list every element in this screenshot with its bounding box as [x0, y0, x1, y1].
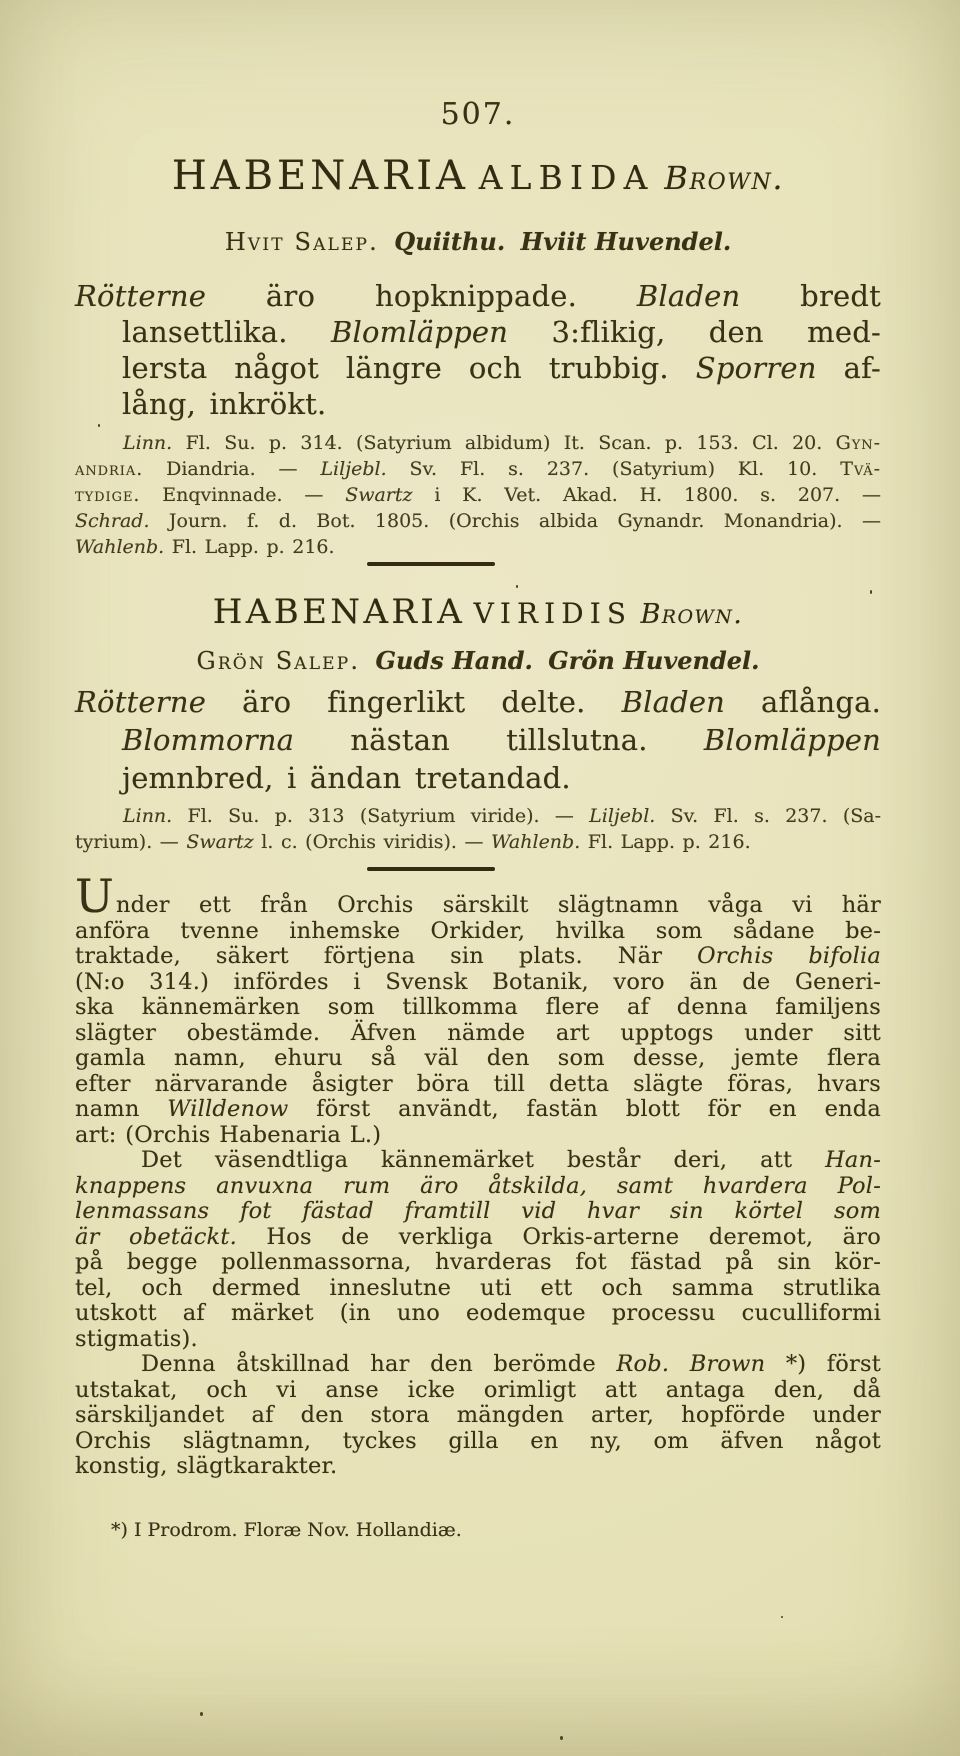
text-segment: Blomläppen [331, 315, 508, 349]
text-segment: slägter obestämde. Äfven nämde art uppto… [75, 1020, 881, 1046]
text-segment: Swartz [345, 484, 412, 506]
text-segment: 3:flikig, den med- [508, 315, 881, 349]
section-divider [367, 867, 495, 871]
article-paragraph: Under ett från Orchis särskilt slägtnamn… [75, 893, 881, 1148]
ink-speck [516, 585, 518, 588]
text-segment: HABENARIA [172, 153, 469, 199]
text-segment: HABENARIA [213, 592, 466, 632]
text-segment: *) först [765, 1351, 881, 1377]
ink-speck [781, 1616, 783, 1618]
text-segment: Brown. [664, 159, 784, 197]
text-segment: (N:o 314.) infördes i Svensk Botanik, vo… [75, 969, 881, 995]
text-segment: Rötterne [75, 685, 206, 719]
text-line: Blommorna nästan tillslutna. Blomläppen [75, 721, 881, 759]
text-line: Rötterne äro hopknippade. Bladen bredt [75, 278, 881, 314]
text-line: konstig, slägtkarakter. [75, 1454, 881, 1480]
page-number: 507. [75, 96, 881, 134]
text-segment: knappens anvuxna rum äro åtskilda, samt … [75, 1173, 881, 1199]
text-segment: lenmassans fot fästad framtill vid hvar … [75, 1198, 881, 1224]
text-segment: Quiithu. [394, 227, 505, 256]
text-segment: Liljebl. [589, 805, 655, 827]
text-segment: tydige. [75, 484, 140, 506]
text-line: lansettlika. Blomläppen 3:flikig, den me… [75, 314, 881, 350]
text-segment: Bladen [622, 685, 725, 719]
text-line: lång, inkrökt. [75, 386, 881, 422]
text-segment: är obetäckt. [75, 1224, 237, 1250]
common-names-viridis: Grön Salep.Guds Hand.Grön Huvendel. [75, 645, 881, 677]
text-segment: Wahlenb. [491, 831, 580, 853]
text-segment: Orchis slägtnamn, tyckes gilla en ny, om… [75, 1428, 881, 1454]
text-segment: Orchis bifolia [697, 943, 881, 969]
text-segment: jemnbred, i ändan tretandad. [122, 761, 571, 795]
text-segment: Bladen [637, 279, 740, 313]
text-line: efter närvarande åsigter böra till detta… [75, 1072, 881, 1098]
text-segment: Diandria. — [143, 458, 320, 480]
text-segment: namn [75, 1096, 167, 1122]
text-line: tel, och dermed inneslutne uti ett och s… [75, 1276, 881, 1302]
text-segment: Det väsendtliga kännemärket består deri,… [141, 1147, 825, 1173]
text-segment: Blommorna [122, 723, 294, 757]
text-segment: Hviit Huvendel. [521, 227, 732, 256]
text-segment: konstig, slägtkarakter. [75, 1453, 337, 1479]
text-segment: Willdenow [167, 1096, 288, 1122]
text-line: art: (Orchis Habenaria L.) [75, 1123, 881, 1149]
text-segment: gamla namn, ehuru så väl den som desse, … [75, 1045, 881, 1071]
text-line: Det väsendtliga kännemärket består deri,… [75, 1148, 881, 1174]
article-body: Under ett från Orchis särskilt slägtnamn… [75, 893, 881, 1480]
common-names-albida: Hvit Salep.Quiithu.Hviit Huvendel. [75, 226, 881, 258]
text-segment: Linn. [123, 805, 172, 827]
text-segment: utstakat, och vi anse icke orimligt att … [75, 1377, 881, 1403]
book-page: 507. HABENARIAALBIDABrown. Hvit Salep.Qu… [0, 0, 960, 1756]
text-segment: art: (Orchis Habenaria L.) [75, 1122, 381, 1148]
text-segment: äro fingerlikt delte. [206, 685, 622, 719]
text-line: utskott af märket (in uno eodemque proce… [75, 1301, 881, 1327]
text-segment: stigmatis). [75, 1326, 198, 1352]
text-segment: bredt [740, 279, 881, 313]
text-segment: lersta något längre och trubbig. [122, 351, 696, 385]
article-paragraph: Denna åtskillnad har den berömde Rob. Br… [75, 1352, 881, 1480]
text-line: utstakat, och vi anse icke orimligt att … [75, 1378, 881, 1404]
text-segment: Han- [825, 1147, 881, 1173]
text-segment: andria. [75, 458, 143, 480]
text-segment: Rötterne [75, 279, 206, 313]
text-line: Linn. Fl. Su. p. 313 (Satyrium viride). … [75, 803, 881, 829]
text-segment: Fl. Lapp. p. 216. [164, 536, 334, 558]
citation-viridis: Linn. Fl. Su. p. 313 (Satyrium viride). … [75, 803, 881, 855]
text-segment: Sv. Fl. s. 237. (Sa- [655, 805, 881, 827]
text-line: (N:o 314.) infördes i Svensk Botanik, vo… [75, 970, 881, 996]
text-line: namn Willdenow först användt, fastän blo… [75, 1097, 881, 1123]
text-line: andria. Diandria. — Liljebl. Sv. Fl. s. … [75, 456, 881, 482]
text-segment: Fl. Lapp. p. 216. [580, 831, 750, 853]
text-segment: Hos de verkliga Orkis-arterne deremot, ä… [237, 1224, 881, 1250]
text-segment: Fl. Su. p. 314. (Satyrium albidum) It. S… [172, 432, 835, 454]
text-segment: äro hopknippade. [206, 279, 637, 313]
text-line: traktade, säkert förtjena sin plats. När… [75, 944, 881, 970]
text-line: Schrad. Journ. f. d. Bot. 1805. (Orchis … [75, 508, 881, 534]
drop-cap: U [75, 869, 114, 923]
text-segment: Rob. Brown [616, 1351, 765, 1377]
text-segment: Gyn- [836, 432, 881, 454]
text-line: Orchis slägtnamn, tyckes gilla en ny, om… [75, 1429, 881, 1455]
text-line: är obetäckt. Hos de verkliga Orkis-arter… [75, 1225, 881, 1251]
text-segment: ALBIDA [479, 159, 655, 197]
text-segment: Journ. f. d. Bot. 1805. (Orchis albida G… [150, 510, 881, 532]
text-line: stigmatis). [75, 1327, 881, 1353]
text-segment: nder ett från Orchis särskilt slägtnamn … [116, 892, 881, 918]
text-segment: VIRIDIS [474, 597, 633, 630]
text-line: slägter obestämde. Äfven nämde art uppto… [75, 1021, 881, 1047]
text-line: på begge pollenmassorna, hvarderas fot f… [75, 1250, 881, 1276]
text-block: 507. HABENARIAALBIDABrown. Hvit Salep.Qu… [75, 0, 881, 1542]
footnote: *) I Prodrom. Floræ Nov. Hollandiæ. [75, 1518, 881, 1542]
text-line: knappens anvuxna rum äro åtskilda, samt … [75, 1174, 881, 1200]
text-line: tyrium). — Swartz l. c. (Orchis viridis)… [75, 829, 881, 855]
text-segment: Grön Huvendel. [548, 646, 759, 675]
text-segment: först användt, fastän blott för en enda [288, 1096, 881, 1122]
species-heading-albida: HABENARIAALBIDABrown. [75, 150, 881, 204]
text-line: jemnbred, i ändan tretandad. [75, 759, 881, 797]
text-segment: Sporren [696, 351, 817, 385]
text-segment: Schrad. [75, 510, 150, 532]
article-paragraph: Det väsendtliga kännemärket består deri,… [75, 1148, 881, 1352]
text-segment: särskiljandet af den stora mängden arter… [75, 1402, 881, 1428]
text-segment: traktade, säkert förtjena sin plats. När [75, 943, 697, 969]
text-segment: efter närvarande åsigter böra till detta… [75, 1071, 881, 1097]
ink-speck [200, 1712, 203, 1716]
text-segment: aflånga. [725, 685, 881, 719]
text-line: ska kännemärken som tillkomma flere af d… [75, 995, 881, 1021]
description-viridis: Rötterne äro fingerlikt delte. Bladen af… [75, 683, 881, 797]
text-line: gamla namn, ehuru så väl den som desse, … [75, 1046, 881, 1072]
ink-speck [98, 424, 100, 427]
text-segment: Linn. [123, 432, 172, 454]
text-segment: på begge pollenmassorna, hvarderas fot f… [75, 1249, 881, 1275]
text-segment: lansettlika. [122, 315, 331, 349]
text-line: Rötterne äro fingerlikt delte. Bladen af… [75, 683, 881, 721]
text-segment: Grön Salep. [196, 647, 360, 675]
text-segment: tel, och dermed inneslutne uti ett och s… [75, 1275, 881, 1301]
text-line: lenmassans fot fästad framtill vid hvar … [75, 1199, 881, 1225]
text-line: Under ett från Orchis särskilt slägtnamn… [75, 893, 881, 919]
text-line: tydige. Enqvinnade. — Swartz i K. Vet. A… [75, 482, 881, 508]
text-segment: nästan tillslutna. [294, 723, 704, 757]
text-segment: l. c. (Orchis viridis). — [254, 831, 491, 853]
section-divider [367, 562, 495, 566]
text-line: Wahlenb. Fl. Lapp. p. 216. [75, 534, 881, 560]
text-segment: Blomläppen [704, 723, 881, 757]
text-segment: lång, inkrökt. [122, 387, 326, 421]
text-segment: Guds Hand. [376, 646, 533, 675]
text-segment: Tvä- [840, 458, 881, 480]
text-segment: Enqvinnade. — [140, 484, 345, 506]
text-segment: af- [817, 351, 881, 385]
text-segment: i K. Vet. Akad. H. 1800. s. 207. — [413, 484, 881, 506]
text-line: Denna åtskillnad har den berömde Rob. Br… [75, 1352, 881, 1378]
text-segment: Wahlenb. [75, 536, 164, 558]
text-segment: anföra tvenne inhemske Orkider, hvilka s… [75, 918, 881, 944]
citation-albida: Linn. Fl. Su. p. 314. (Satyrium albidum)… [75, 430, 881, 560]
text-segment: *) I Prodrom. Floræ Nov. Hollandiæ. [111, 1519, 462, 1541]
text-segment: tyrium). — [75, 831, 186, 853]
ink-speck [870, 590, 872, 594]
ink-speck [560, 1736, 563, 1740]
text-segment: Denna åtskillnad har den berömde [141, 1351, 616, 1377]
text-segment: Liljebl. [320, 458, 386, 480]
species-heading-viridis: HABENARIAVIRIDISBrown. [75, 590, 881, 637]
text-segment: Swartz [186, 831, 253, 853]
text-line: lersta något längre och trubbig. Sporren… [75, 350, 881, 386]
description-albida: Rötterne äro hopknippade. Bladen bredtla… [75, 278, 881, 422]
text-segment: Hvit Salep. [225, 228, 379, 256]
text-line: särskiljandet af den stora mängden arter… [75, 1403, 881, 1429]
text-segment: Sv. Fl. s. 237. (Satyrium) Kl. 10. [387, 458, 841, 480]
text-segment: Brown. [640, 599, 743, 630]
text-line: Linn. Fl. Su. p. 314. (Satyrium albidum)… [75, 430, 881, 456]
text-segment: ska kännemärken som tillkomma flere af d… [75, 994, 881, 1020]
text-line: anföra tvenne inhemske Orkider, hvilka s… [75, 919, 881, 945]
text-segment: Fl. Su. p. 313 (Satyrium viride). — [172, 805, 589, 827]
text-segment: utskott af märket (in uno eodemque proce… [75, 1300, 881, 1326]
